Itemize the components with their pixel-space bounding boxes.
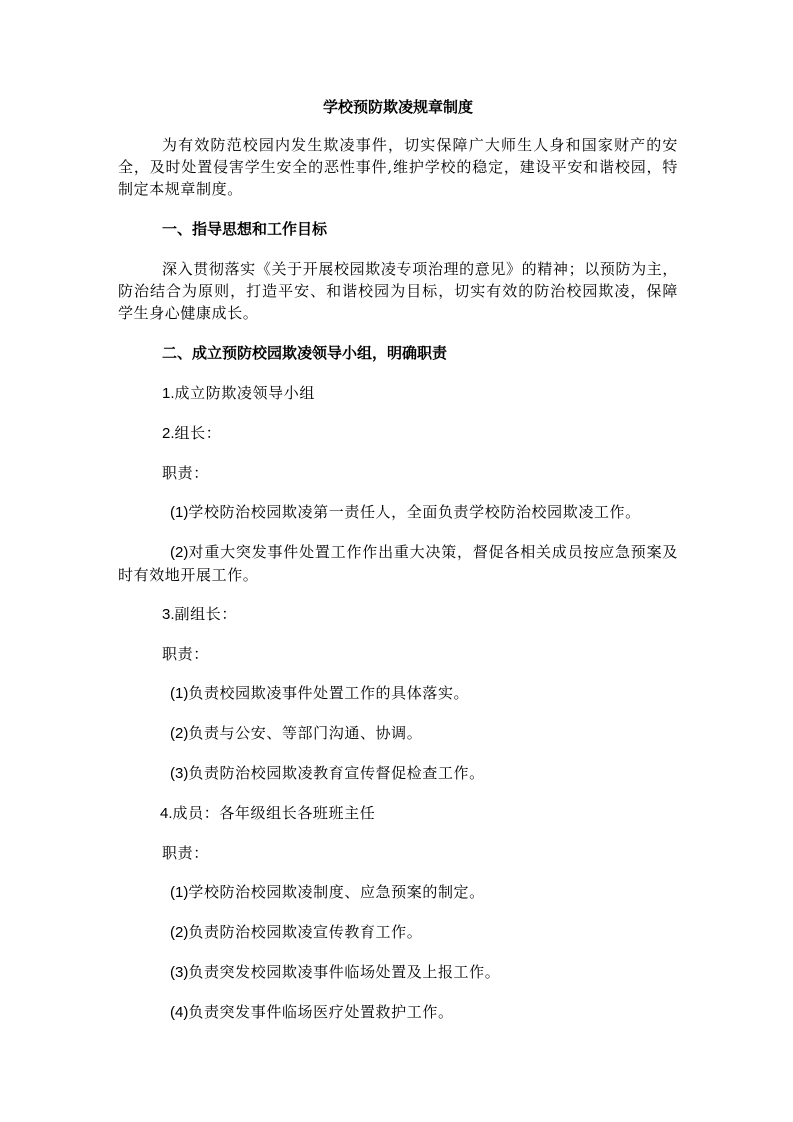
item3-duty-1: (1)负责校园欺凌事件处置工作的具体落实。 — [118, 682, 678, 705]
item1: 1.成立防欺凌领导小组 — [118, 382, 678, 405]
item2-duty-2: (2)对重大突发事件处置工作作出重大决策，督促各相关成员按应急预案及时有效地开展… — [118, 541, 678, 586]
item4-duty-label: 职责： — [118, 842, 678, 864]
item3: 3.副组长： — [118, 603, 678, 626]
item4: 4.成员：各年级组长各班班主任 — [118, 802, 678, 825]
item4-duty-4: (4)负责突发事件临场医疗处置救护工作。 — [118, 1001, 678, 1024]
intro-paragraph: 为有效防范校园内发生欺凌事件，切实保障广大师生人身和国家财产的安全，及时处置侵害… — [118, 134, 678, 200]
item3-duty-label: 职责： — [118, 643, 678, 665]
item2-duty-label: 职责： — [118, 462, 678, 484]
section2-heading: 二、成立预防校园欺凌领导小组，明确职责 — [118, 342, 678, 364]
document-title: 学校预防欺凌规章制度 — [118, 96, 678, 118]
document-page: 学校预防欺凌规章制度 为有效防范校园内发生欺凌事件，切实保障广大师生人身和国家财… — [118, 96, 678, 1024]
item3-duty-2: (2)负责与公安、等部门沟通、协调。 — [118, 722, 678, 745]
item2: 2.组长： — [118, 422, 678, 445]
item3-duty-3: (3)负责防治校园欺凌教育宣传督促检查工作。 — [118, 762, 678, 785]
section1-heading: 一、指导思想和工作目标 — [118, 218, 678, 240]
item4-duty-2: (2)负责防治校园欺凌宣传教育工作。 — [118, 921, 678, 944]
item4-duty-1: (1)学校防治校园欺凌制度、应急预案的制定。 — [118, 881, 678, 904]
section1-body: 深入贯彻落实《关于开展校园欺凌专项治理的意见》的精神；以预防为主，防治结合为原则… — [118, 258, 678, 324]
item2-duty-1: (1)学校防治校园欺凌第一责任人，全面负责学校防治校园欺凌工作。 — [118, 501, 678, 524]
item4-duty-3: (3)负责突发校园欺凌事件临场处置及上报工作。 — [118, 961, 678, 984]
